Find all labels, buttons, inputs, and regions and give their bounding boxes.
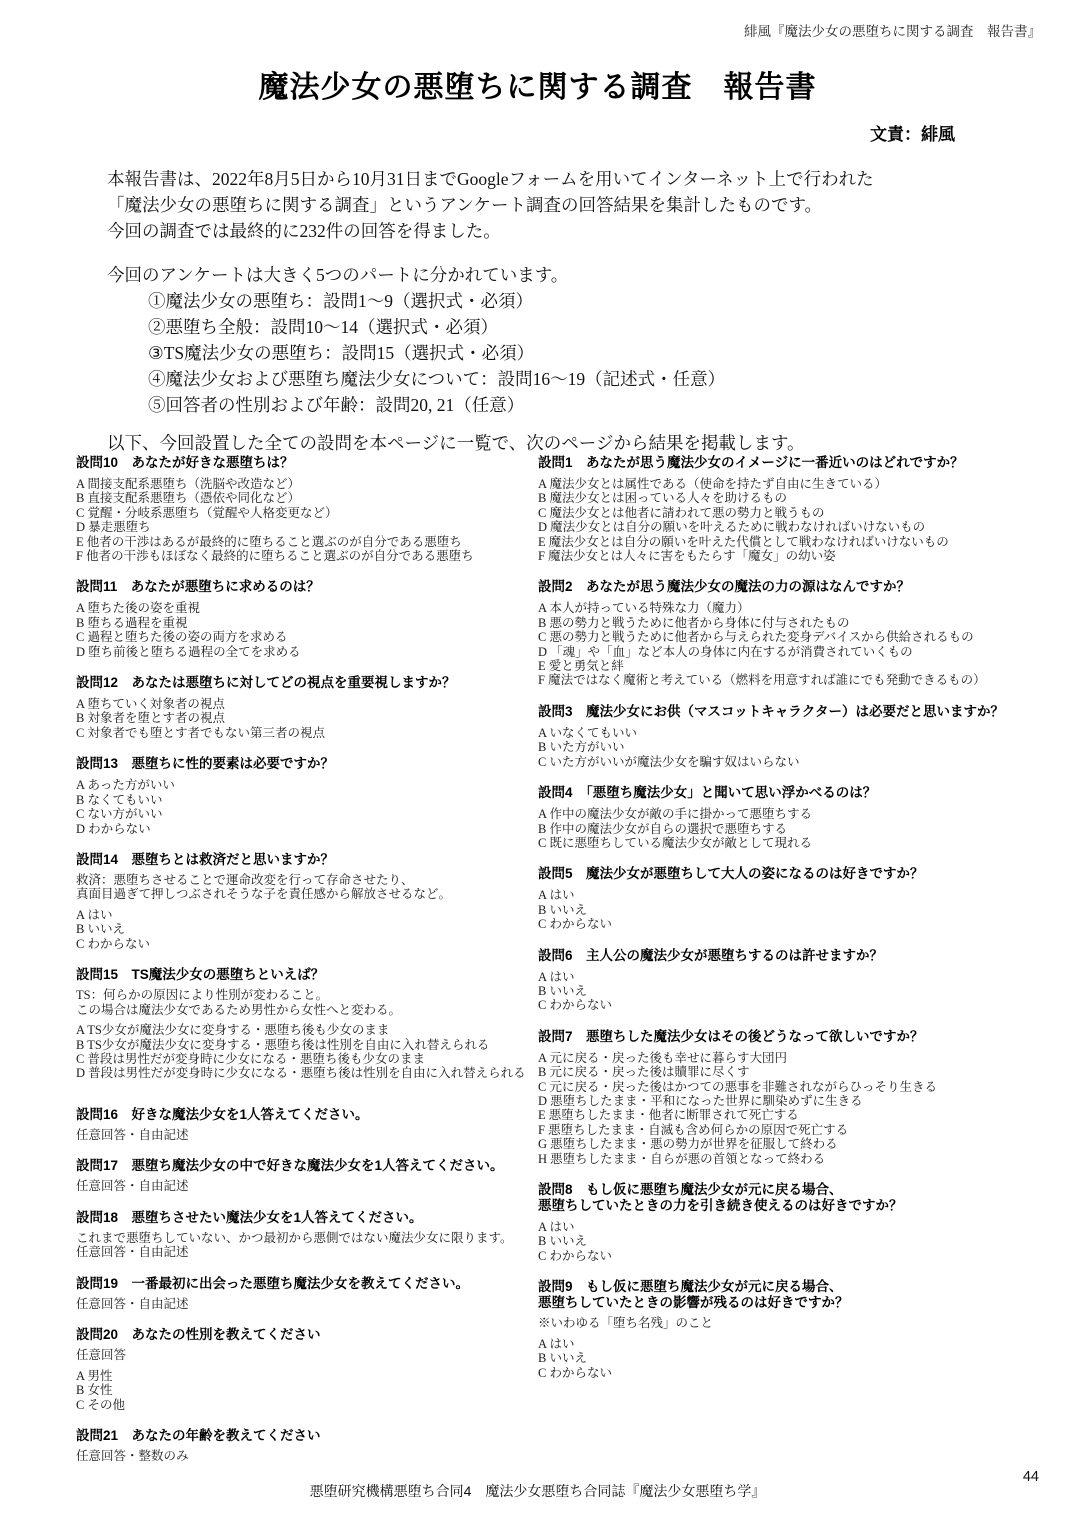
question-option: G 悪堕ちしたまま・悪の勢力が世界を征服して終わる bbox=[538, 1137, 1043, 1151]
question-block: 設問18 悪堕ちさせたい魔法少女を1人答えてください。これまで悪堕ちしていない、… bbox=[76, 1210, 528, 1260]
question-option: C わからない bbox=[538, 917, 1043, 931]
question-option: A 元に戻る・戻った後も幸せに暮らす大団円 bbox=[538, 1051, 1043, 1065]
question-option: A 作中の魔法少女が敵の手に掛かって悪堕ちする bbox=[538, 807, 1043, 821]
question-block: 設問20 あなたの性別を教えてください任意回答A 男性B 女性C その他 bbox=[76, 1327, 528, 1412]
question-option: B 対象者を堕とす者の視点 bbox=[76, 711, 528, 725]
question-title: 設問7 悪堕ちした魔法少女はその後どうなって欲しいですか？ bbox=[538, 1029, 1043, 1045]
question-option: F 他者の干渉もほぼなく最終的に堕ちること選ぶのが自分である悪堕ち bbox=[76, 549, 528, 563]
question-options: A 堕ちた後の姿を重視B 堕ちる過程を重視C 過程と堕ちた後の姿の両方を求めるD… bbox=[76, 601, 528, 659]
question-option: F 魔法ではなく魔術と考えている（燃料を用意すれば誰にでも発動できるもの） bbox=[538, 673, 1043, 687]
question-option: B いいえ bbox=[538, 1351, 1043, 1365]
question-options: A 男性B 女性C その他 bbox=[76, 1369, 528, 1412]
question-option: C 悪の勢力と戦うために他者から与えられた変身デバイスから供給されるもの bbox=[538, 630, 1043, 644]
question-note: TS：何らかの原因により性別が変わること。 bbox=[76, 988, 528, 1003]
page-title: 魔法少女の悪堕ちに関する調査 報告書 bbox=[0, 69, 1075, 107]
question-option: A はい bbox=[538, 888, 1043, 902]
question-option: C わからない bbox=[538, 1249, 1043, 1263]
question-block: 設問4 「悪堕ち魔法少女」と聞いて思い浮かべるのは？A 作中の魔法少女が敵の手に… bbox=[538, 785, 1043, 850]
question-options: A いなくてもいいB いた方がいいC いた方がいいが魔法少女を騙す奴はいらない bbox=[538, 726, 1043, 769]
question-options: A 魔法少女とは属性である（使命を持たず自由に生きている）B 魔法少女とは困って… bbox=[538, 477, 1043, 563]
question-title: 設問4 「悪堕ち魔法少女」と聞いて思い浮かべるのは？ bbox=[538, 785, 1043, 801]
question-option: D 堕ち前後と堕ちる過程の全てを求める bbox=[76, 645, 528, 659]
question-option: A はい bbox=[538, 970, 1043, 984]
question-block: 設問6 主人公の魔法少女が悪堕ちするのは許せますか？A はいB いいえC わから… bbox=[538, 948, 1043, 1013]
question-block: 設問8 もし仮に悪堕ち魔法少女が元に戻る場合、 悪堕ちしていたときの力を引き続き… bbox=[538, 1182, 1043, 1263]
part-item: ①魔法少女の悪堕ち：設問1～9（選択式・必須） bbox=[107, 288, 987, 314]
question-note: ※いわゆる「堕ち名残」のこと bbox=[538, 1316, 1043, 1331]
question-option: C わからない bbox=[538, 1366, 1043, 1380]
question-options: A 間接支配系悪堕ち（洗脳や改造など）B 直接支配系悪堕ち（憑依や同化など）C … bbox=[76, 477, 528, 563]
question-option: D 「魂」や「血」など本人の身体に内在するが消費されていくもの bbox=[538, 645, 1043, 659]
question-option: B 作中の魔法少女が自らの選択で悪堕ちする bbox=[538, 822, 1043, 836]
question-block: 設問1 あなたが思う魔法少女のイメージに一番近いのはどれですか？A 魔法少女とは… bbox=[538, 455, 1043, 563]
question-option: B なくてもいい bbox=[76, 793, 528, 807]
question-option: B いいえ bbox=[538, 903, 1043, 917]
question-option: C 普段は男性だが変身時に少女になる・悪堕ち後も少女のまま bbox=[76, 1052, 528, 1066]
question-option: A TS少女が魔法少女に変身する・悪堕ち後も少女のまま bbox=[76, 1023, 528, 1037]
question-option: E 他者の干渉はあるが最終的に堕ちること選ぶのが自分である悪堕ち bbox=[76, 535, 528, 549]
question-option: D 暴走悪堕ち bbox=[76, 520, 528, 534]
question-title: 設問11 あなたが悪堕ちに求めるのは？ bbox=[76, 579, 528, 595]
part-item: ④魔法少女および悪堕ち魔法少女について：設問16～19（記述式・任意） bbox=[107, 366, 987, 392]
byline: 文責：緋風 bbox=[870, 120, 955, 145]
question-option: A あった方がいい bbox=[76, 778, 528, 792]
part-item: ⑤回答者の性別および年齢：設問20, 21（任意） bbox=[107, 392, 987, 418]
question-block: 設問5 魔法少女が悪堕ちして大人の姿になるのは好きですか？A はいB いいえC … bbox=[538, 866, 1043, 931]
question-options: A はいB いいえC わからない bbox=[538, 1337, 1043, 1380]
question-note: 救済：悪堕ちさせることで運命改変を行って存命させたり、 bbox=[76, 873, 528, 888]
question-option: A はい bbox=[76, 908, 528, 922]
questions-column-right: 設問1 あなたが思う魔法少女のイメージに一番近いのはどれですか？A 魔法少女とは… bbox=[538, 455, 1043, 1396]
question-option: B いた方がいい bbox=[538, 740, 1043, 754]
question-option: A はい bbox=[538, 1337, 1043, 1351]
question-option: C 既に悪堕ちしている魔法少女が敵として現れる bbox=[538, 836, 1043, 850]
question-block: 設問9 もし仮に悪堕ち魔法少女が元に戻る場合、 悪堕ちしていたときの影響が残るの… bbox=[538, 1279, 1043, 1380]
question-title: 設問21 あなたの年齢を教えてください bbox=[76, 1428, 528, 1444]
question-option: A 堕ちていく対象者の視点 bbox=[76, 697, 528, 711]
question-options: A 作中の魔法少女が敵の手に掛かって悪堕ちするB 作中の魔法少女が自らの選択で悪… bbox=[538, 807, 1043, 850]
question-title: 設問17 悪堕ち魔法少女の中で好きな魔法少女を1人答えてください。 bbox=[76, 1158, 528, 1174]
question-note: 任意回答・自由記述 bbox=[76, 1128, 528, 1143]
question-block: 設問7 悪堕ちした魔法少女はその後どうなって欲しいですか？A 元に戻る・戻った後… bbox=[538, 1029, 1043, 1166]
question-option: B TS少女が魔法少女に変身する・悪堕ち後は性別を自由に入れ替えられる bbox=[76, 1038, 528, 1052]
question-option: B 直接支配系悪堕ち（憑依や同化など） bbox=[76, 491, 528, 505]
question-option: B 元に戻る・戻った後は贖罪に尽くす bbox=[538, 1065, 1043, 1079]
lead-note: 以下、今回設置した全ての設問を本ページに一覧で、次のページから結果を掲載します。 bbox=[107, 430, 987, 456]
question-option: B 堕ちる過程を重視 bbox=[76, 616, 528, 630]
question-options: A はいB いいえC わからない bbox=[538, 970, 1043, 1013]
question-option: A はい bbox=[538, 1220, 1043, 1234]
question-block: 設問12 あなたは悪堕ちに対してどの視点を重要視しますか？A 堕ちていく対象者の… bbox=[76, 675, 528, 740]
question-option: C わからない bbox=[538, 998, 1043, 1012]
question-title: 設問16 好きな魔法少女を1人答えてください。 bbox=[76, 1107, 528, 1123]
question-title: 設問18 悪堕ちさせたい魔法少女を1人答えてください。 bbox=[76, 1210, 528, 1226]
parts-list: ①魔法少女の悪堕ち：設問1～9（選択式・必須）②悪堕ち全般：設問10～14（選択… bbox=[107, 288, 987, 418]
question-option: B いいえ bbox=[538, 984, 1043, 998]
question-option: B 魔法少女とは困っている人々を助けるもの bbox=[538, 491, 1043, 505]
question-title: 設問12 あなたは悪堕ちに対してどの視点を重要視しますか？ bbox=[76, 675, 528, 691]
question-option: D 普段は男性だが変身時に少女になる・悪堕ち後は性別を自由に入れ替えられる bbox=[76, 1066, 528, 1080]
question-title: 設問9 もし仮に悪堕ち魔法少女が元に戻る場合、 悪堕ちしていたときの影響が残るの… bbox=[538, 1279, 1043, 1311]
question-option: A いなくてもいい bbox=[538, 726, 1043, 740]
question-option: C 元に戻る・戻った後はかつての悪事を非難されながらひっそり生きる bbox=[538, 1080, 1043, 1094]
question-options: A 本人が持っている特殊な力（魔力）B 悪の勢力と戦うために他者から身体に付与さ… bbox=[538, 601, 1043, 687]
question-option: D 悪堕ちしたまま・平和になった世界に馴染めずに生きる bbox=[538, 1094, 1043, 1108]
question-title: 設問1 あなたが思う魔法少女のイメージに一番近いのはどれですか？ bbox=[538, 455, 1043, 471]
question-block: 設問2 あなたが思う魔法少女の魔法の力の源はなんですか？A 本人が持っている特殊… bbox=[538, 579, 1043, 687]
question-option: A 魔法少女とは属性である（使命を持たず自由に生きている） bbox=[538, 477, 1043, 491]
question-options: A はいB いいえC わからない bbox=[538, 1220, 1043, 1263]
question-options: A 元に戻る・戻った後も幸せに暮らす大団円B 元に戻る・戻った後は贖罪に尽くすC… bbox=[538, 1051, 1043, 1166]
question-title: 設問2 あなたが思う魔法少女の魔法の力の源はなんですか？ bbox=[538, 579, 1043, 595]
question-title: 設問3 魔法少女にお供（マスコットキャラクター）は必要だと思いますか？ bbox=[538, 704, 1043, 720]
question-option: E 悪堕ちしたまま・他者に断罪されて死亡する bbox=[538, 1108, 1043, 1122]
question-option: D わからない bbox=[76, 822, 528, 836]
question-option: C いた方がいいが魔法少女を騙す奴はいらない bbox=[538, 755, 1043, 769]
question-option: C 覚醒・分岐系悪堕ち（覚醒や人格変更など） bbox=[76, 506, 528, 520]
parts-intro: 今回のアンケートは大きく5つのパートに分かれています。 bbox=[107, 262, 987, 288]
intro-paragraph: 本報告書は、2022年8月5日から10月31日までGoogleフォームを用いてイ… bbox=[107, 166, 987, 244]
question-block: 設問19 一番最初に出会った悪堕ち魔法少女を教えてください。任意回答・自由記述 bbox=[76, 1276, 528, 1312]
footer-text: 悪堕研究機構悪堕ち合同4 魔法少女悪堕ち合同誌『魔法少女悪堕ち学』 bbox=[0, 1481, 1075, 1501]
questions-column-left: 設問10 あなたが好きな悪堕ちは？A 間接支配系悪堕ち（洗脳や改造など）B 直接… bbox=[76, 455, 528, 1479]
question-option: A 間接支配系悪堕ち（洗脳や改造など） bbox=[76, 477, 528, 491]
question-option: B 悪の勢力と戦うために他者から身体に付与されたもの bbox=[538, 616, 1043, 630]
question-note: 任意回答 bbox=[76, 1348, 528, 1363]
question-option: B いいえ bbox=[538, 1234, 1043, 1248]
question-option: C 対象者でも堕とす者でもない第三者の視点 bbox=[76, 726, 528, 740]
question-option: C 過程と堕ちた後の姿の両方を求める bbox=[76, 630, 528, 644]
question-title: 設問19 一番最初に出会った悪堕ち魔法少女を教えてください。 bbox=[76, 1276, 528, 1292]
question-block: 設問14 悪堕ちとは救済だと思いますか？救済：悪堕ちさせることで運命改変を行って… bbox=[76, 852, 528, 951]
question-title: 設問13 悪堕ちに性的要素は必要ですか？ bbox=[76, 756, 528, 772]
question-title: 設問20 あなたの性別を教えてください bbox=[76, 1327, 528, 1343]
question-block: 設問10 あなたが好きな悪堕ちは？A 間接支配系悪堕ち（洗脳や改造など）B 直接… bbox=[76, 455, 528, 563]
question-option: F 悪堕ちしたまま・自滅も含め何らかの原因で死亡する bbox=[538, 1123, 1043, 1137]
question-block: 設問11 あなたが悪堕ちに求めるのは？A 堕ちた後の姿を重視B 堕ちる過程を重視… bbox=[76, 579, 528, 659]
question-option: D 魔法少女とは自分の願いを叶えるために戦わなければいけないもの bbox=[538, 520, 1043, 534]
preamble: 本報告書は、2022年8月5日から10月31日までGoogleフォームを用いてイ… bbox=[107, 166, 987, 456]
question-option: C わからない bbox=[76, 937, 528, 951]
question-note: 任意回答・整数のみ bbox=[76, 1449, 528, 1464]
question-block: 設問3 魔法少女にお供（マスコットキャラクター）は必要だと思いますか？A いなく… bbox=[538, 704, 1043, 769]
question-block: 設問15 TS魔法少女の悪堕ちといえば？TS：何らかの原因により性別が変わること… bbox=[76, 967, 528, 1081]
question-option: F 魔法少女とは人々に害をもたらす「魔女」の幼い姿 bbox=[538, 549, 1043, 563]
question-option: E 魔法少女とは自分の願いを叶えた代償として戦わなければいけないもの bbox=[538, 535, 1043, 549]
question-option: C その他 bbox=[76, 1398, 528, 1412]
question-note: これまで悪堕ちしていない、かつ最初から悪側ではない魔法少女に限ります。 bbox=[76, 1231, 528, 1246]
question-title: 設問8 もし仮に悪堕ち魔法少女が元に戻る場合、 悪堕ちしていたときの力を引き続き… bbox=[538, 1182, 1043, 1214]
question-title: 設問14 悪堕ちとは救済だと思いますか？ bbox=[76, 852, 528, 868]
running-header: 緋風『魔法少女の悪堕ちに関する調査 報告書』 bbox=[744, 20, 1041, 40]
part-item: ③TS魔法少女の悪堕ち：設問15（選択式・必須） bbox=[107, 340, 987, 366]
report-page: 緋風『魔法少女の悪堕ちに関する調査 報告書』 魔法少女の悪堕ちに関する調査 報告… bbox=[0, 0, 1075, 1518]
question-option: H 悪堕ちしたまま・自らが悪の首領となって終わる bbox=[538, 1152, 1043, 1166]
question-option: A 男性 bbox=[76, 1369, 528, 1383]
question-options: A TS少女が魔法少女に変身する・悪堕ち後も少女のままB TS少女が魔法少女に変… bbox=[76, 1023, 528, 1081]
question-option: A 本人が持っている特殊な力（魔力） bbox=[538, 601, 1043, 615]
question-options: A はいB いいえC わからない bbox=[538, 888, 1043, 931]
question-block: 設問16 好きな魔法少女を1人答えてください。任意回答・自由記述 bbox=[76, 1097, 528, 1143]
question-option: C 魔法少女とは他者に請われて悪の勢力と戦うもの bbox=[538, 506, 1043, 520]
question-options: A 堕ちていく対象者の視点B 対象者を堕とす者の視点C 対象者でも堕とす者でもな… bbox=[76, 697, 528, 740]
question-block: 設問21 あなたの年齢を教えてください任意回答・整数のみ bbox=[76, 1428, 528, 1464]
question-title: 設問5 魔法少女が悪堕ちして大人の姿になるのは好きですか？ bbox=[538, 866, 1043, 882]
question-title: 設問6 主人公の魔法少女が悪堕ちするのは許せますか？ bbox=[538, 948, 1043, 964]
question-title: 設問15 TS魔法少女の悪堕ちといえば？ bbox=[76, 967, 528, 983]
question-option: B いいえ bbox=[76, 922, 528, 936]
page-number: 44 bbox=[1023, 1469, 1039, 1485]
question-note: 任意回答・自由記述 bbox=[76, 1245, 528, 1260]
question-block: 設問13 悪堕ちに性的要素は必要ですか？A あった方がいいB なくてもいいC な… bbox=[76, 756, 528, 836]
question-options: A あった方がいいB なくてもいいC ない方がいいD わからない bbox=[76, 778, 528, 836]
question-note: 任意回答・自由記述 bbox=[76, 1297, 528, 1312]
part-item: ②悪堕ち全般：設問10～14（選択式・必須） bbox=[107, 314, 987, 340]
question-note: この場合は魔法少女であるため男性から女性へと変わる。 bbox=[76, 1003, 528, 1018]
question-option: E 愛と勇気と絆 bbox=[538, 659, 1043, 673]
question-option: B 女性 bbox=[76, 1383, 528, 1397]
question-note: 真面目過ぎて押しつぶされそうな子を責任感から解放させるなど。 bbox=[76, 887, 528, 902]
question-block: 設問17 悪堕ち魔法少女の中で好きな魔法少女を1人答えてください。任意回答・自由… bbox=[76, 1158, 528, 1194]
question-title: 設問10 あなたが好きな悪堕ちは？ bbox=[76, 455, 528, 471]
question-option: C ない方がいい bbox=[76, 807, 528, 821]
question-option: A 堕ちた後の姿を重視 bbox=[76, 601, 528, 615]
question-note: 任意回答・自由記述 bbox=[76, 1179, 528, 1194]
question-options: A はいB いいえC わからない bbox=[76, 908, 528, 951]
